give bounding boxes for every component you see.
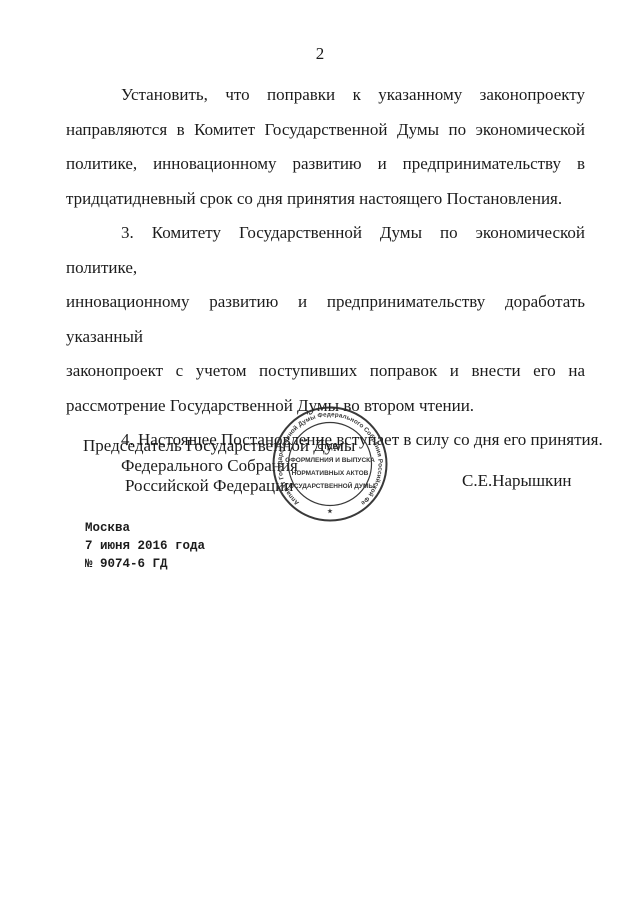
document-issue-block: Москва 7 июня 2016 года № 9074-6 ГД (85, 519, 205, 573)
paragraph-3-line: законопроект с учетом поступивших поправ… (66, 354, 585, 389)
paragraph-3-line: 3. Комитету Государственной Думы по экон… (66, 216, 585, 285)
stamp-center-line: НОРМАТИВНЫХ АКТОВ (292, 470, 369, 477)
stamp-outer-ring (274, 408, 387, 521)
paragraph-2-line: политике, инновационному развитию и пред… (66, 147, 585, 182)
stamp-center-line: ГОСУДАРСТВЕННОЙ ДУМЫ (285, 481, 374, 490)
stamp-seal-icon: Аппарат Государственной Думы Федеральног… (269, 403, 391, 525)
official-round-stamp: Аппарат Государственной Думы Федеральног… (269, 403, 391, 525)
issue-date: 7 июня 2016 года (85, 537, 205, 555)
stamp-star-icon: ★ (327, 508, 333, 515)
issue-number: № 9074-6 ГД (85, 555, 205, 573)
paragraph-2-line: тридцатидневный срок со дня принятия нас… (66, 182, 585, 217)
signer-name: С.Е.Нарышкин (462, 471, 572, 491)
paragraph-2-line: Установить, что поправки к указанному за… (66, 78, 585, 113)
issue-city: Москва (85, 519, 205, 537)
stamp-center-line: ОФОРМЛЕНИЯ И ВЫПУСКА (285, 457, 375, 464)
paragraph-2-line: направляются в Комитет Государственной Д… (66, 113, 585, 148)
stamp-center-line: ОТДЕЛ (318, 442, 343, 451)
body-text: Установить, что поправки к указанному за… (66, 78, 585, 458)
page-number: 2 (0, 44, 640, 64)
document-page: 2 Установить, что поправки к указанному … (0, 0, 640, 905)
stamp-inner-ring (289, 423, 372, 506)
paragraph-3-line: инновационному развитию и предпринимател… (66, 285, 585, 354)
stamp-ring-text: Аппарат Государственной Думы Федеральног… (269, 403, 384, 507)
